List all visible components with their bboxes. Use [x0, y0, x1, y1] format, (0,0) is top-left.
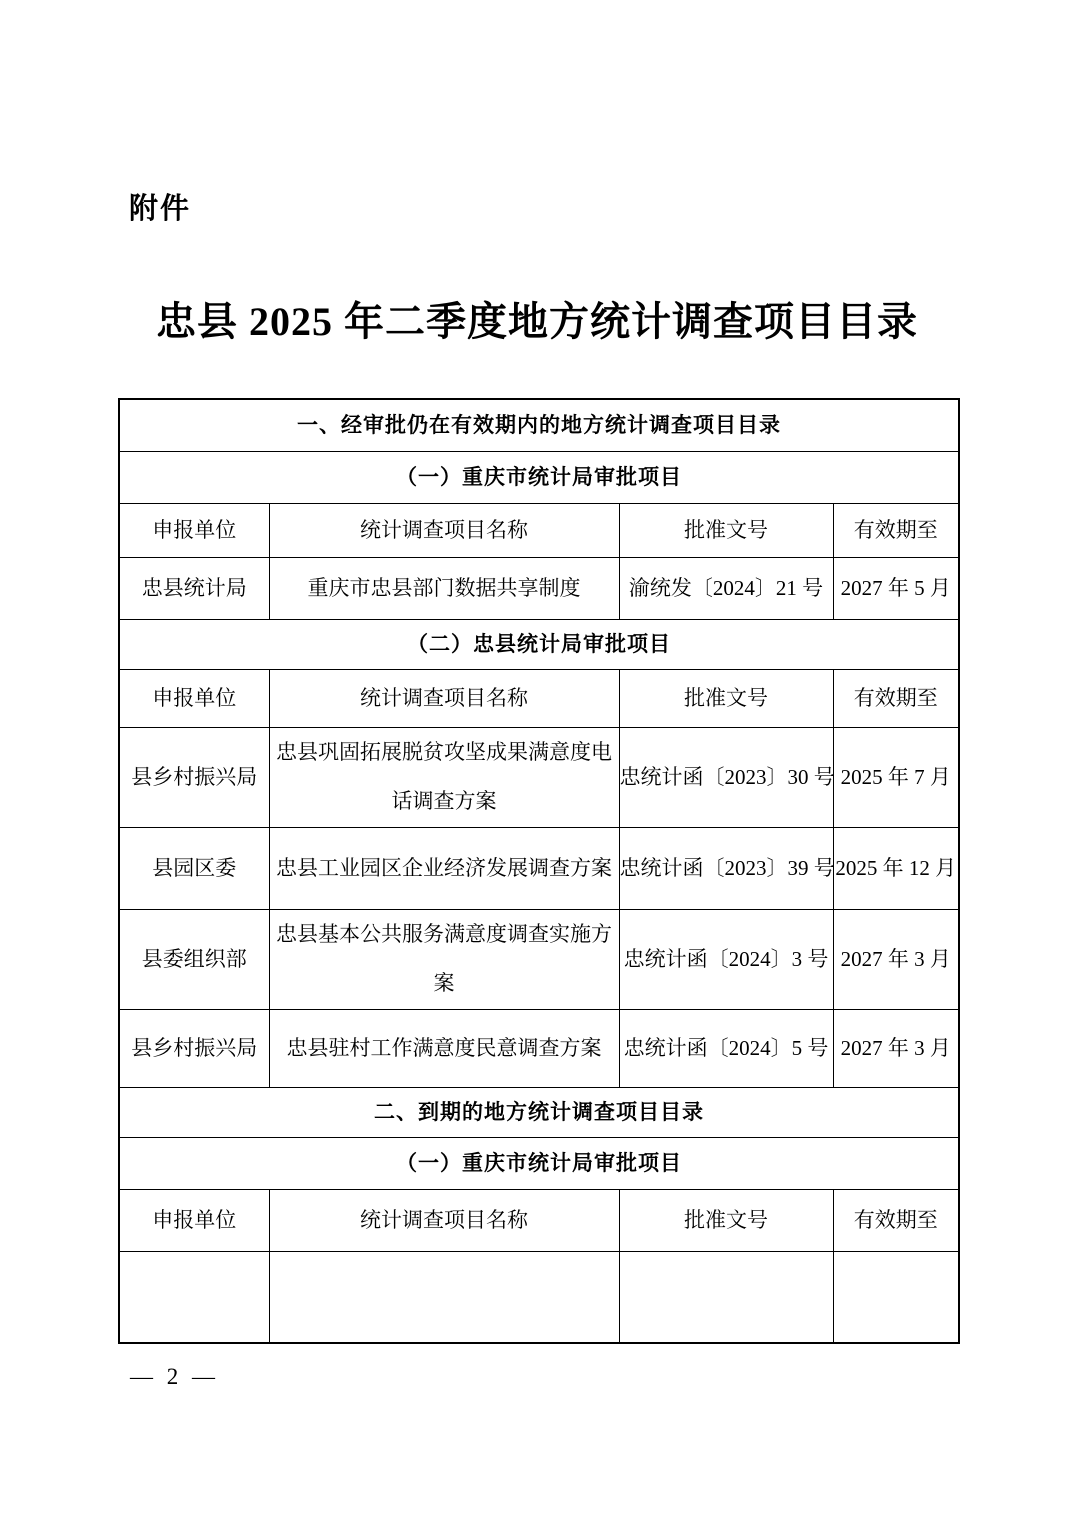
catalog-table: 一、经审批仍在有效期内的地方统计调查项目目录 （一）重庆市统计局审批项目 申报单…: [118, 398, 960, 1344]
table-header-row: 申报单位 统计调查项目名称 批准文号 有效期至: [119, 669, 959, 727]
cell-valid-until: 2025 年 7 月: [833, 727, 959, 827]
column-header-approval: 批准文号: [619, 669, 833, 727]
table-row-subsection-1-2: （二）忠县统计局审批项目: [119, 619, 959, 669]
column-header-approval: 批准文号: [619, 503, 833, 557]
cell-unit: 县园区委: [119, 827, 269, 909]
cell-project: 忠县基本公共服务满意度调查实施方案: [269, 909, 619, 1009]
table-row: 县乡村振兴局 忠县巩固拓展脱贫攻坚成果满意度电话调查方案 忠统计函〔2023〕3…: [119, 727, 959, 827]
column-header-unit: 申报单位: [119, 503, 269, 557]
column-header-valid: 有效期至: [833, 1189, 959, 1251]
table-row: 县乡村振兴局 忠县驻村工作满意度民意调查方案 忠统计函〔2024〕5 号 202…: [119, 1009, 959, 1087]
cell-empty: [119, 1251, 269, 1343]
column-header-unit: 申报单位: [119, 1189, 269, 1251]
cell-unit: 县乡村振兴局: [119, 1009, 269, 1087]
page-title: 忠县 2025 年二季度地方统计调查项目目录: [0, 290, 1074, 347]
cell-valid-until: 2027 年 5 月: [833, 557, 959, 619]
cell-valid-until: 2027 年 3 月: [833, 909, 959, 1009]
subsection-1-1-title: （一）重庆市统计局审批项目: [119, 451, 959, 503]
section-2-title: 二、到期的地方统计调查项目目录: [119, 1087, 959, 1137]
column-header-valid: 有效期至: [833, 503, 959, 557]
page-number: — 2 —: [130, 1364, 219, 1390]
subsection-2-1-title: （一）重庆市统计局审批项目: [119, 1137, 959, 1189]
section-1-title: 一、经审批仍在有效期内的地方统计调查项目目录: [119, 399, 959, 451]
cell-valid-until: 2025 年 12 月: [833, 827, 959, 909]
table-row: 县委组织部 忠县基本公共服务满意度调查实施方案 忠统计函〔2024〕3 号 20…: [119, 909, 959, 1009]
cell-unit: 县委组织部: [119, 909, 269, 1009]
table-row: 忠县统计局 重庆市忠县部门数据共享制度 渝统发〔2024〕21 号 2027 年…: [119, 557, 959, 619]
attachment-label: 附件: [129, 186, 191, 227]
table-row-subsection-2-1: （一）重庆市统计局审批项目: [119, 1137, 959, 1189]
cell-approval-no: 忠统计函〔2024〕5 号: [619, 1009, 833, 1087]
cell-empty: [833, 1251, 959, 1343]
subsection-1-2-title: （二）忠县统计局审批项目: [119, 619, 959, 669]
column-header-project: 统计调查项目名称: [269, 503, 619, 557]
table-header-row: 申报单位 统计调查项目名称 批准文号 有效期至: [119, 1189, 959, 1251]
table-header-row: 申报单位 统计调查项目名称 批准文号 有效期至: [119, 503, 959, 557]
cell-approval-no: 忠统计函〔2024〕3 号: [619, 909, 833, 1009]
cell-empty: [269, 1251, 619, 1343]
cell-unit: 忠县统计局: [119, 557, 269, 619]
column-header-valid: 有效期至: [833, 669, 959, 727]
cell-project: 重庆市忠县部门数据共享制度: [269, 557, 619, 619]
cell-project: 忠县工业园区企业经济发展调查方案: [269, 827, 619, 909]
column-header-unit: 申报单位: [119, 669, 269, 727]
cell-project: 忠县驻村工作满意度民意调查方案: [269, 1009, 619, 1087]
column-header-project: 统计调查项目名称: [269, 669, 619, 727]
cell-project: 忠县巩固拓展脱贫攻坚成果满意度电话调查方案: [269, 727, 619, 827]
table-row-subsection-1-1: （一）重庆市统计局审批项目: [119, 451, 959, 503]
cell-approval-no: 忠统计函〔2023〕30 号: [619, 727, 833, 827]
cell-unit: 县乡村振兴局: [119, 727, 269, 827]
cell-empty: [619, 1251, 833, 1343]
table-row: 县园区委 忠县工业园区企业经济发展调查方案 忠统计函〔2023〕39 号 202…: [119, 827, 959, 909]
table-row-empty: [119, 1251, 959, 1343]
column-header-project: 统计调查项目名称: [269, 1189, 619, 1251]
table-row-section-2: 二、到期的地方统计调查项目目录: [119, 1087, 959, 1137]
cell-valid-until: 2027 年 3 月: [833, 1009, 959, 1087]
table-row-section-1: 一、经审批仍在有效期内的地方统计调查项目目录: [119, 399, 959, 451]
document-page: { "document": { "attachment_label": "附件"…: [0, 0, 1074, 1520]
cell-approval-no: 渝统发〔2024〕21 号: [619, 557, 833, 619]
column-header-approval: 批准文号: [619, 1189, 833, 1251]
cell-approval-no: 忠统计函〔2023〕39 号: [619, 827, 833, 909]
